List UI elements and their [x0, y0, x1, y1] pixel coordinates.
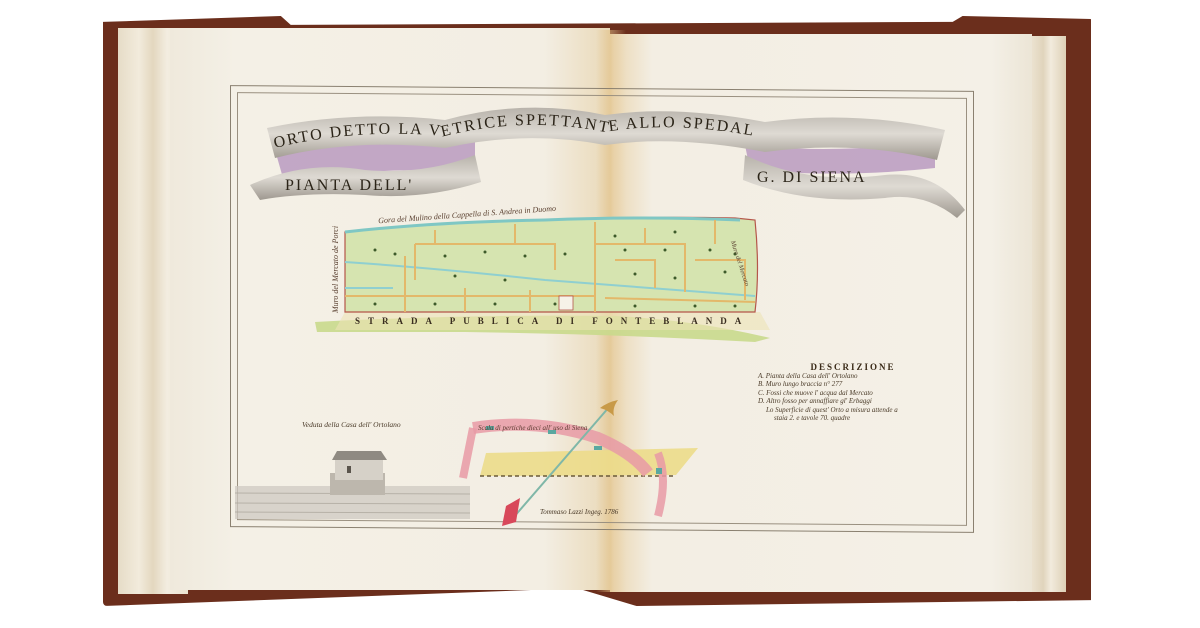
cartographer-signature: Tommaso Lazzi Ingeg. 1786	[540, 508, 618, 516]
map-road-label: STRADA PUBLICA DI FONTEBLANDA	[355, 316, 749, 326]
legend-item: D. Altro fosso per annaffiare gl' Erbagg…	[758, 397, 948, 406]
map-label-left-wall: Muro del Mercato de Porci	[331, 226, 340, 313]
page-edges-right	[1028, 36, 1066, 592]
legend-description: DESCRIZIONE A. Pianta della Casa dell' O…	[758, 363, 948, 423]
scale-ribbon-text: Scala di pertiche dieci all' uso di Sien…	[478, 424, 588, 432]
ribbon-title-line2-right: G. DI SIENA	[757, 169, 867, 186]
legend-item: A. Pianta della Casa dell' Ortolano	[758, 372, 948, 381]
ribbon-title-line2-left: PIANTA DELL'	[285, 177, 413, 194]
legend-item: C. Fossi che muove l' acqua dal Mercato	[758, 389, 948, 398]
gardener-house-drawing	[235, 448, 475, 523]
legend-item: B. Muro lungo braccia n° 277	[758, 380, 948, 389]
view-label: Veduta della Casa dell' Ortolano	[302, 420, 401, 429]
legend-item: staia 2. e tavole 70. quadre	[758, 414, 948, 423]
legend-item: Lo Superficie di quest' Orto a misura at…	[758, 406, 948, 415]
legend-title: DESCRIZIONE	[758, 363, 948, 372]
